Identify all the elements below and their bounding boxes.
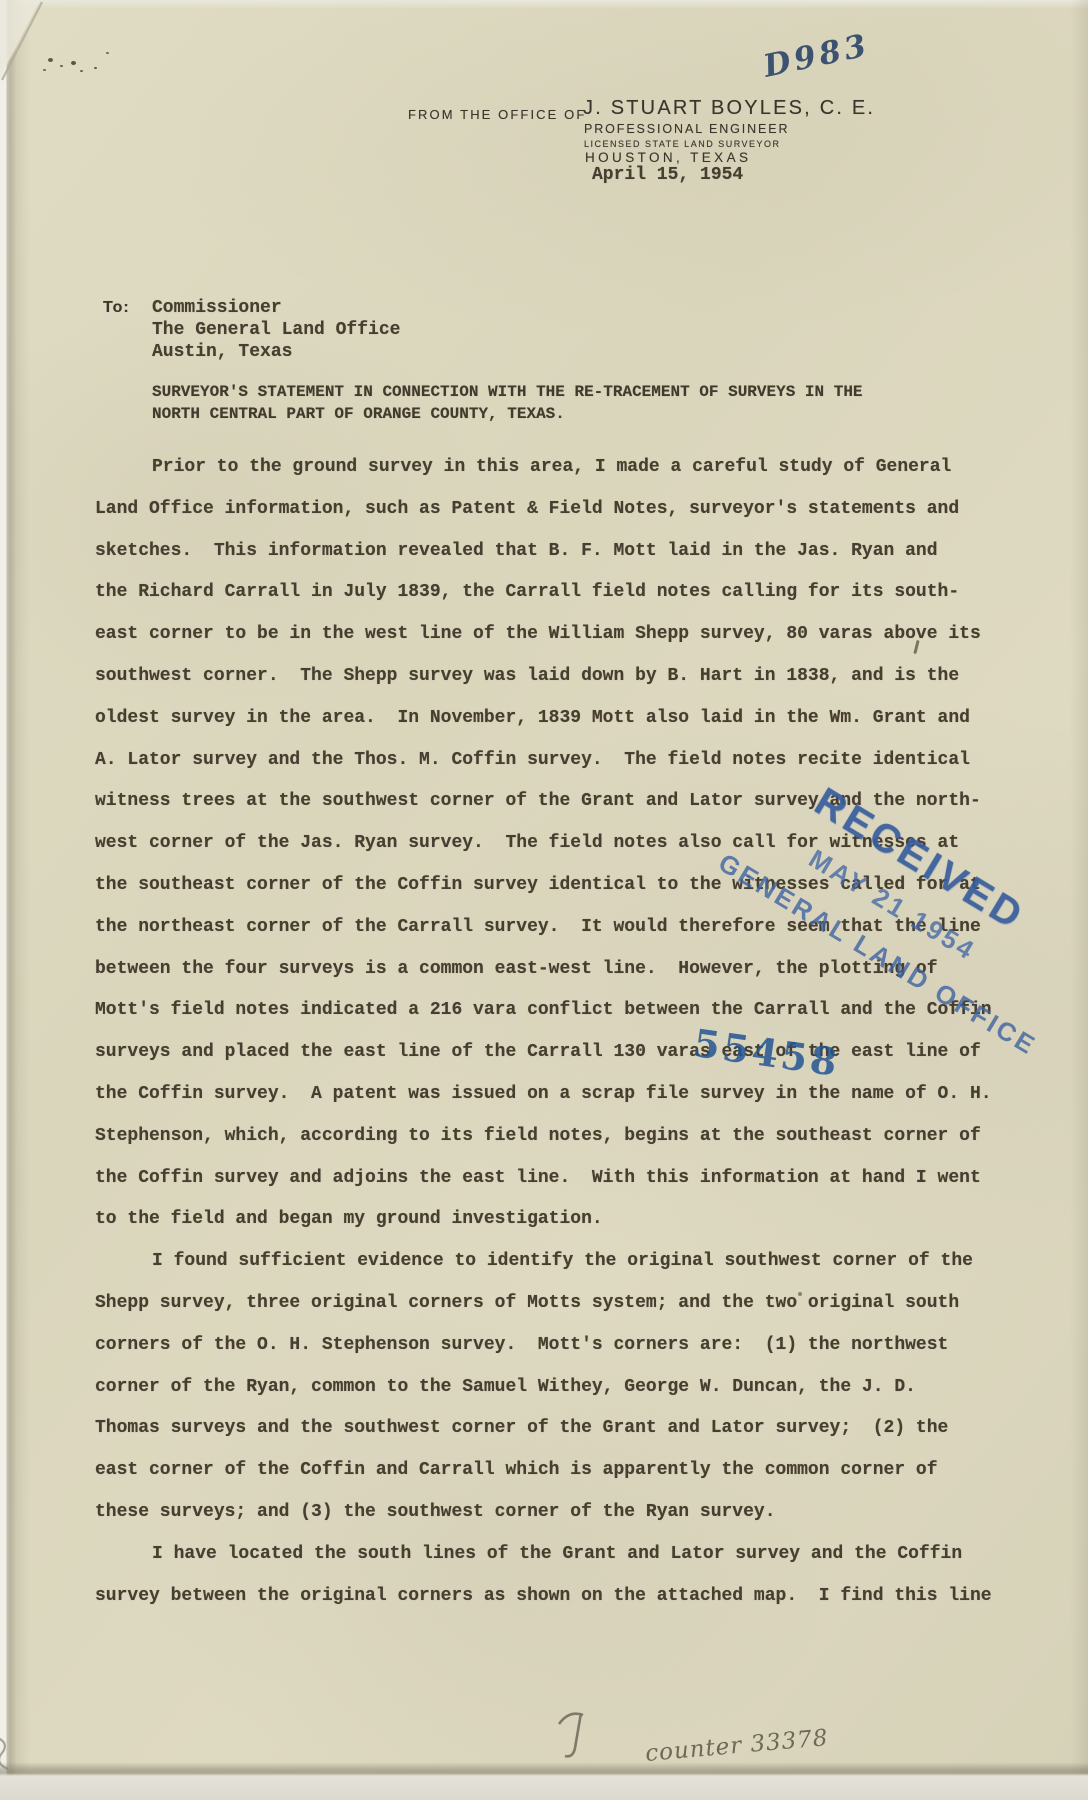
typed-line: corners of the O. H. Stephenson survey. … <box>95 1325 1035 1367</box>
page-edge-right <box>1070 0 1088 1800</box>
typed-line: sketches. This information revealed that… <box>95 531 1035 573</box>
letter-date: April 15, 1954 <box>592 165 743 185</box>
letterhead-name: J. STUART BOYLES, C. E. <box>583 97 875 120</box>
page-edge-top <box>0 0 1088 9</box>
pencil-squiggle <box>0 1733 20 1773</box>
typed-line: Prior to the ground survey in this area,… <box>95 447 1035 489</box>
typed-line: to the field and began my ground investi… <box>95 1199 1035 1241</box>
subject-block: SURVEYOR'S STATEMENT IN CONNECTION WITH … <box>152 381 863 426</box>
recipient-line: Commissioner <box>152 297 400 319</box>
typed-line: corner of the Ryan, common to the Samuel… <box>95 1367 1035 1409</box>
typed-line: Shepp survey, three original corners of … <box>95 1283 1035 1325</box>
to-label: To: <box>103 299 130 317</box>
typed-line: these surveys; and (3) the southwest cor… <box>95 1492 1035 1534</box>
paragraph: I have located the south lines of the Gr… <box>95 1534 1035 1618</box>
typed-line: oldest survey in the area. In November, … <box>95 698 1035 740</box>
typed-line: the Coffin survey and adjoins the east l… <box>95 1158 1035 1200</box>
counter-annotation: counter 33378 <box>644 1725 829 1767</box>
typed-line: the Coffin survey. A patent was issued o… <box>95 1074 1035 1116</box>
typed-line: Thomas surveys and the southwest corner … <box>95 1408 1035 1450</box>
typed-line: east corner of the Coffin and Carrall wh… <box>95 1450 1035 1492</box>
typed-line: surveys and placed the east line of the … <box>95 1032 1035 1074</box>
typed-line: A. Lator survey and the Thos. M. Coffin … <box>95 740 1035 782</box>
letterhead-city: HOUSTON, TEXAS <box>585 150 751 165</box>
subject-line: SURVEYOR'S STATEMENT IN CONNECTION WITH … <box>152 381 863 403</box>
paragraph: I found sufficient evidence to identify … <box>95 1241 1035 1534</box>
typed-line: southwest corner. The Shepp survey was l… <box>95 656 1035 698</box>
document-page: D983 FROM THE OFFICE OF J. STUART BOYLES… <box>0 0 1088 1800</box>
page-edge-left <box>0 0 30 1800</box>
letterhead-from-prefix: FROM THE OFFICE OF <box>408 107 586 122</box>
recipient-line: The General Land Office <box>152 319 400 341</box>
dirt-specks <box>48 58 53 62</box>
typed-line: Mott's field notes indicated a 216 vara … <box>95 990 1035 1032</box>
page-edge-bottom <box>0 1762 1088 1800</box>
typed-line: Land Office information, such as Patent … <box>95 489 1035 531</box>
typed-line: survey between the original corners as s… <box>95 1576 1035 1618</box>
typed-line: east corner to be in the west line of th… <box>95 614 1035 656</box>
letterhead-license: LICENSED STATE LAND SURVEYOR <box>584 139 781 149</box>
recipient-line: Austin, Texas <box>152 341 400 363</box>
doc-number-annotation: D983 <box>760 27 873 85</box>
typed-line: I have located the south lines of the Gr… <box>95 1534 1035 1576</box>
recipient-block: Commissioner The General Land Office Aus… <box>152 297 400 363</box>
typed-line: the Richard Carrall in July 1839, the Ca… <box>95 572 1035 614</box>
pencil-mark-seven <box>553 1706 597 1766</box>
corner-fold-mark <box>0 0 70 100</box>
typed-line: I found sufficient evidence to identify … <box>95 1241 1035 1283</box>
typed-line: Stephenson, which, according to its fiel… <box>95 1116 1035 1158</box>
letterhead-profession: PROFESSIONAL ENGINEER <box>584 122 789 136</box>
letter-body: Prior to the ground survey in this area,… <box>95 447 1035 1617</box>
subject-line: NORTH CENTRAL PART OF ORANGE COUNTY, TEX… <box>152 403 863 425</box>
